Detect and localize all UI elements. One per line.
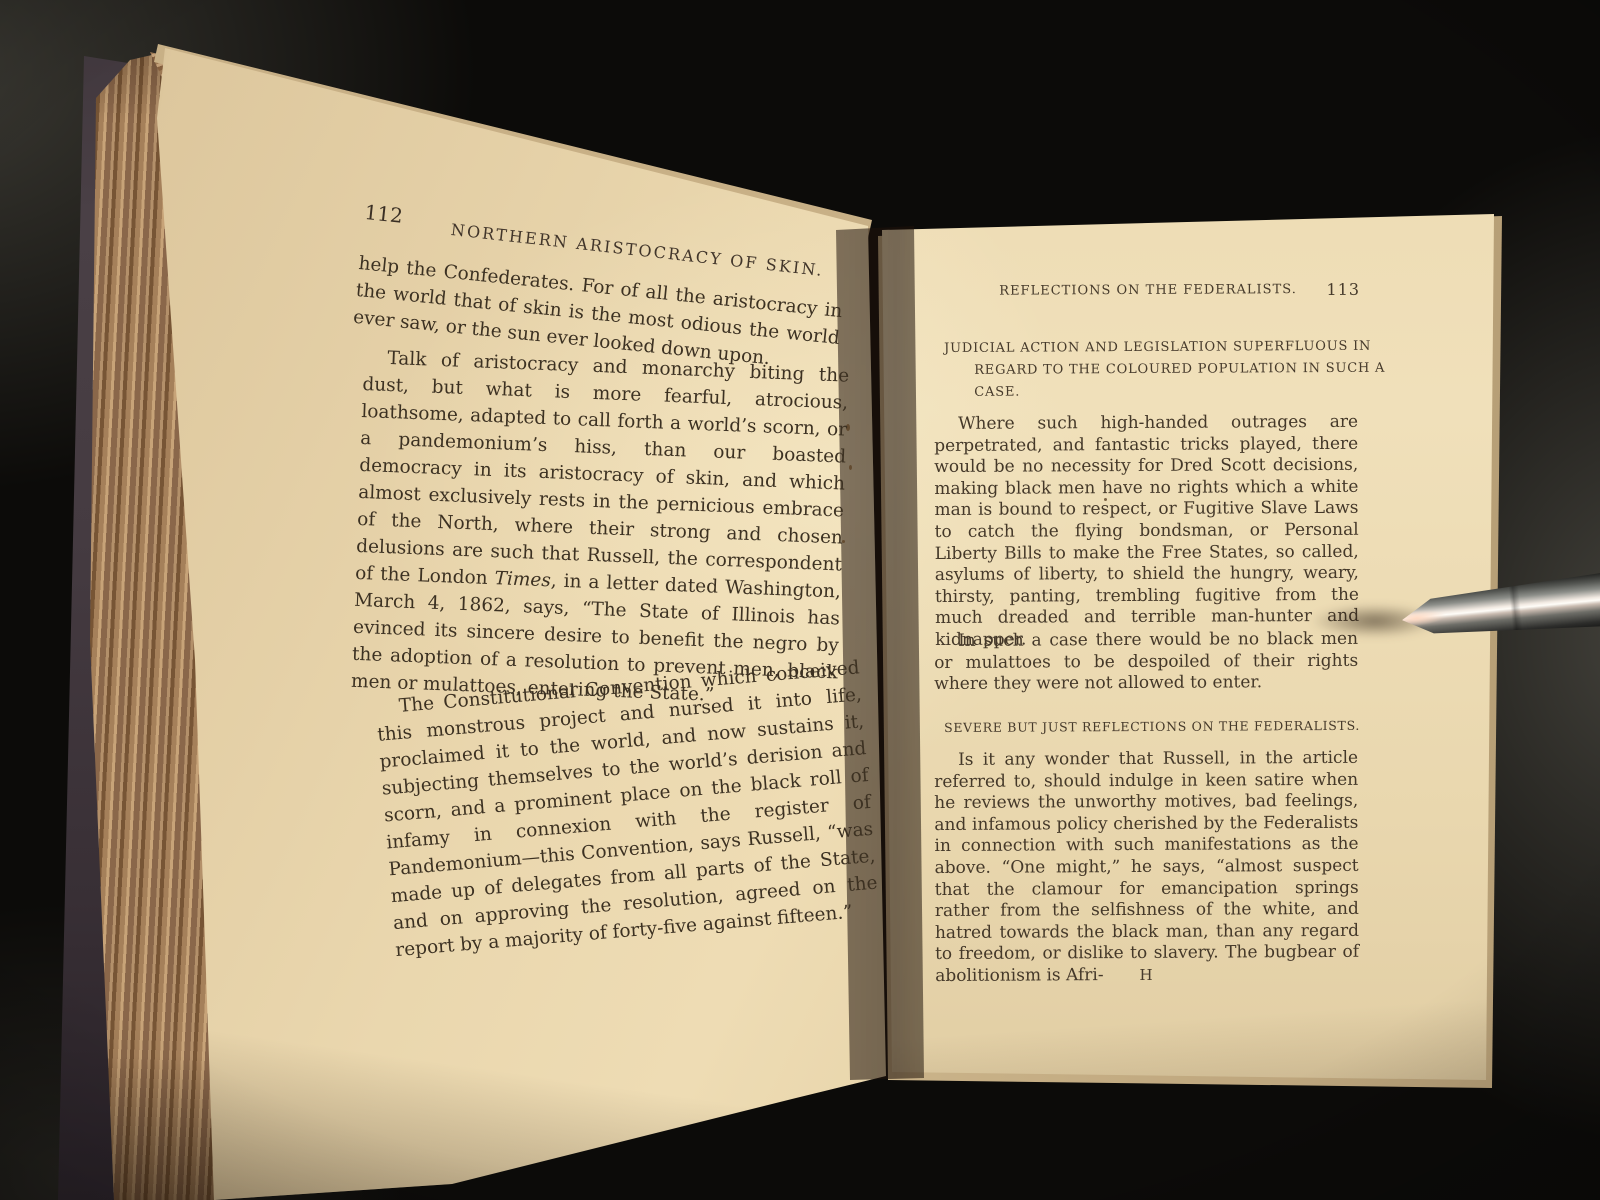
- foxing-spot: [849, 465, 852, 470]
- right-page-number: 113: [1326, 280, 1360, 299]
- left-paragraph-2-text: Talk of aristocracy and monarchy biting …: [355, 348, 850, 589]
- left-paragraph-3: The Constitutional Convention which conc…: [374, 654, 881, 964]
- left-page-number: 112: [363, 200, 403, 228]
- section-heading-severe: SEVERE BUT JUST REFLECTIONS ON THE FEDER…: [944, 718, 1368, 735]
- london-times-italic: Times: [494, 568, 551, 591]
- book-photo-scene: 112 NORTHERN ARISTOCRACY OF SKIN. help t…: [0, 0, 1600, 1200]
- right-paragraph-3: Is it any wonder that Russell, in the ar…: [934, 748, 1359, 988]
- right-paragraph-2: In such a case there would be no black m…: [934, 629, 1358, 696]
- right-running-head-row: REFLECTIONS ON THE FEDERALISTS. 113: [936, 282, 1360, 299]
- right-paragraph-1: Where such high-handed outrages are perp…: [934, 412, 1359, 652]
- left-paragraph-2: Talk of aristocracy and monarchy biting …: [351, 344, 850, 713]
- section-heading-judicial: JUDICIAL ACTION AND LEGISLATION SUPERFLU…: [944, 336, 1398, 404]
- signature-mark: H: [934, 966, 1358, 984]
- right-running-head: REFLECTIONS ON THE FEDERALISTS.: [999, 282, 1297, 299]
